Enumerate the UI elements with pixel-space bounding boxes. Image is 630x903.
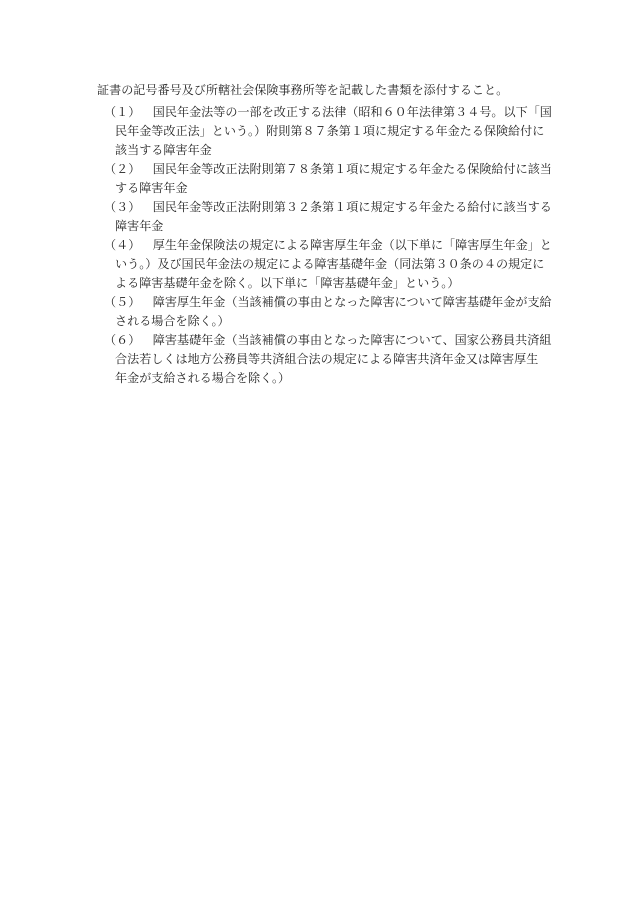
list-item-number: （３）	[104, 198, 140, 217]
list-item-continuation-line: いう。）及び国民年金法の規定による障害基礎年金（同法第３０条の４の規定に	[115, 255, 630, 274]
document-text-block: 証書の記号番号及び所轄社会保険事務所等を記載した書類を添付すること。 （１）国民…	[0, 81, 630, 388]
list-item-first-line: （４）厚生年金保険法の規定による障害厚生年金（以下単に「障害厚生年金」と	[104, 236, 630, 255]
list-item-number: （５）	[104, 293, 140, 312]
list-item-continuation-line: する障害年金	[115, 179, 630, 198]
list-item-number: （２）	[104, 160, 140, 179]
list-item-first-line: （１）国民年金法等の一部を改正する法律（昭和６０年法律第３４号。以下「国	[104, 103, 630, 122]
list-item-text: 国民年金等改正法附則第３２条第１項に規定する年金たる給付に該当する	[153, 200, 552, 214]
list-item-continuation-line: される場合を除く。）	[115, 312, 630, 331]
list-item: （２）国民年金等改正法附則第７８条第１項に規定する年金たる保険給付に該当 する障…	[0, 160, 630, 198]
list-item-first-line: （５）障害厚生年金（当該補償の事由となった障害について障害基礎年金が支給	[104, 293, 630, 312]
document-page: 証書の記号番号及び所轄社会保険事務所等を記載した書類を添付すること。 （１）国民…	[0, 0, 630, 903]
list-item-number: （４）	[104, 236, 140, 255]
numbered-list: （１）国民年金法等の一部を改正する法律（昭和６０年法律第３４号。以下「国 民年金…	[0, 103, 630, 388]
list-item: （４）厚生年金保険法の規定による障害厚生年金（以下単に「障害厚生年金」と いう。…	[0, 236, 630, 293]
list-item-text: 障害基礎年金（当該補償の事由となった障害について、国家公務員共済組	[153, 333, 552, 347]
list-item-text: 障害厚生年金（当該補償の事由となった障害について障害基礎年金が支給	[153, 295, 552, 309]
list-item-first-line: （６）障害基礎年金（当該補償の事由となった障害について、国家公務員共済組	[104, 331, 630, 350]
list-item-number: （１）	[104, 103, 140, 122]
list-item-number: （６）	[104, 331, 140, 350]
list-item-continuation-line: 年金が支給される場合を除く。）	[115, 369, 630, 388]
list-item-text: 国民年金等改正法附則第７８条第１項に規定する年金たる保険給付に該当	[153, 162, 552, 176]
list-item: （５）障害厚生年金（当該補償の事由となった障害について障害基礎年金が支給 される…	[0, 293, 630, 331]
list-item-text: 国民年金法等の一部を改正する法律（昭和６０年法律第３４号。以下「国	[153, 105, 552, 119]
list-item-continuation-line: よる障害基礎年金を除く。以下単に「障害基礎年金」という。）	[115, 274, 630, 293]
list-item-continuation-line: 障害年金	[115, 217, 630, 236]
list-item-continuation-line: 該当する障害年金	[115, 141, 630, 160]
intro-line: 証書の記号番号及び所轄社会保険事務所等を記載した書類を添付すること。	[97, 81, 630, 100]
list-item-continuation-line: 合法若しくは地方公務員等共済組合法の規定による障害共済年金又は障害厚生	[115, 350, 630, 369]
list-item: （３）国民年金等改正法附則第３２条第１項に規定する年金たる給付に該当する 障害年…	[0, 198, 630, 236]
list-item: （６）障害基礎年金（当該補償の事由となった障害について、国家公務員共済組 合法若…	[0, 331, 630, 388]
list-item-first-line: （２）国民年金等改正法附則第７８条第１項に規定する年金たる保険給付に該当	[104, 160, 630, 179]
list-item-continuation-line: 民年金等改正法」という。）附則第８７条第１項に規定する年金たる保険給付に	[115, 122, 630, 141]
list-item-first-line: （３）国民年金等改正法附則第３２条第１項に規定する年金たる給付に該当する	[104, 198, 630, 217]
list-item-text: 厚生年金保険法の規定による障害厚生年金（以下単に「障害厚生年金」と	[153, 238, 552, 252]
list-item: （１）国民年金法等の一部を改正する法律（昭和６０年法律第３４号。以下「国 民年金…	[0, 103, 630, 160]
